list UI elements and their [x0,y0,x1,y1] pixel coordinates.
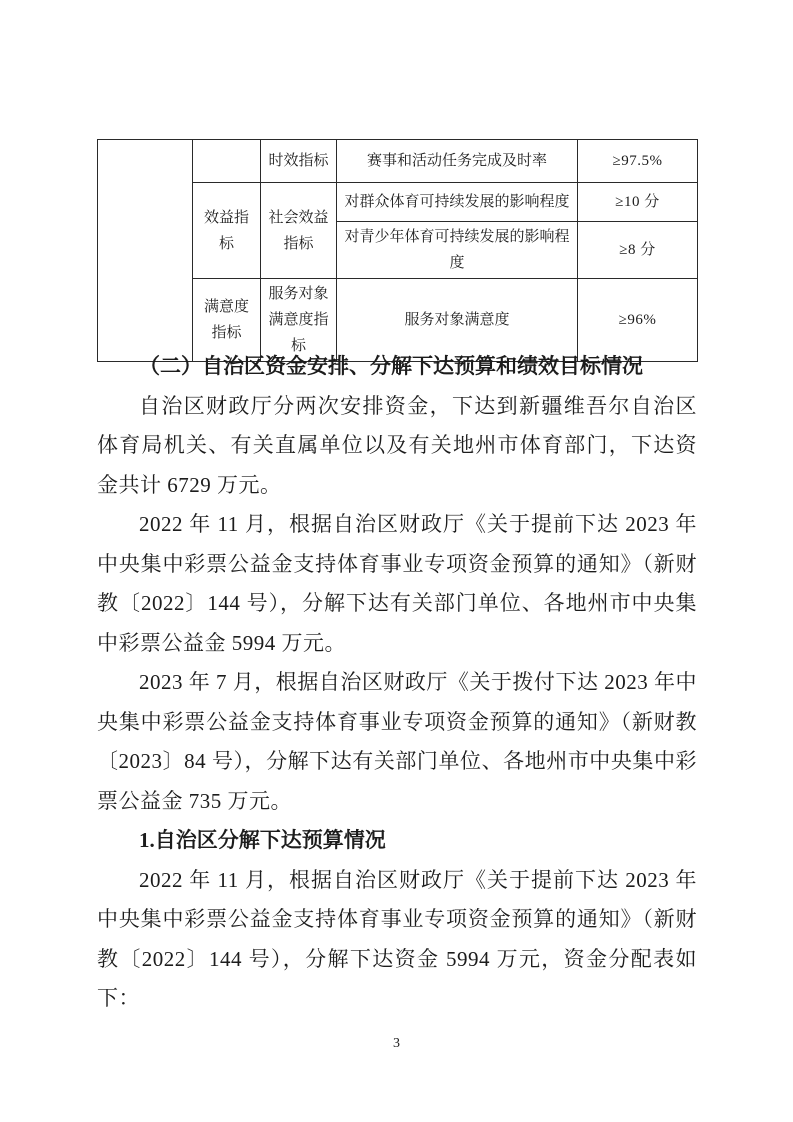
table-row: 时效指标 赛事和活动任务完成及时率 ≥97.5% [98,140,698,183]
paragraph: 2022 年 11 月，根据自治区财政厅《关于提前下达 2023 年中央集中彩票… [97,861,697,1019]
table-cell-indicator: 赛事和活动任务完成及时率 [337,140,578,183]
table-cell-indicator: 对青少年体育可持续发展的影响程度 [337,222,578,279]
performance-indicator-table: 时效指标 赛事和活动任务完成及时率 ≥97.5% 效益指标 社会效益指标 对群众… [97,139,698,362]
table-cell-timeliness-label: 时效指标 [261,140,337,183]
table-cell-target: ≥8 分 [578,222,698,279]
table-cell-left-spanning-empty [98,140,193,362]
table-cell-target: ≥10 分 [578,183,698,222]
table-cell-target: ≥97.5% [578,140,698,183]
paragraph: 2022 年 11 月，根据自治区财政厅《关于提前下达 2023 年中央集中彩票… [97,505,697,663]
document-body: （二）自治区资金安排、分解下达预算和绩效目标情况 自治区财政厅分两次安排资金，下… [97,347,697,1019]
document-page: 时效指标 赛事和活动任务完成及时率 ≥97.5% 效益指标 社会效益指标 对群众… [0,0,793,1122]
table-cell-group-empty [193,140,261,183]
section-heading: （二）自治区资金安排、分解下达预算和绩效目标情况 [97,347,697,387]
subsection-heading: 1.自治区分解下达预算情况 [97,821,697,861]
table-cell-social-benefit-label: 社会效益指标 [261,183,337,279]
table-cell-indicator: 对群众体育可持续发展的影响程度 [337,183,578,222]
paragraph: 2023 年 7 月，根据自治区财政厅《关于拨付下达 2023 年中央集中彩票公… [97,663,697,821]
page-number: 3 [0,1036,793,1052]
paragraph: 自治区财政厅分两次安排资金，下达到新疆维吾尔自治区体育局机关、有关直属单位以及有… [97,387,697,506]
table-cell-benefit-group: 效益指标 [193,183,261,279]
